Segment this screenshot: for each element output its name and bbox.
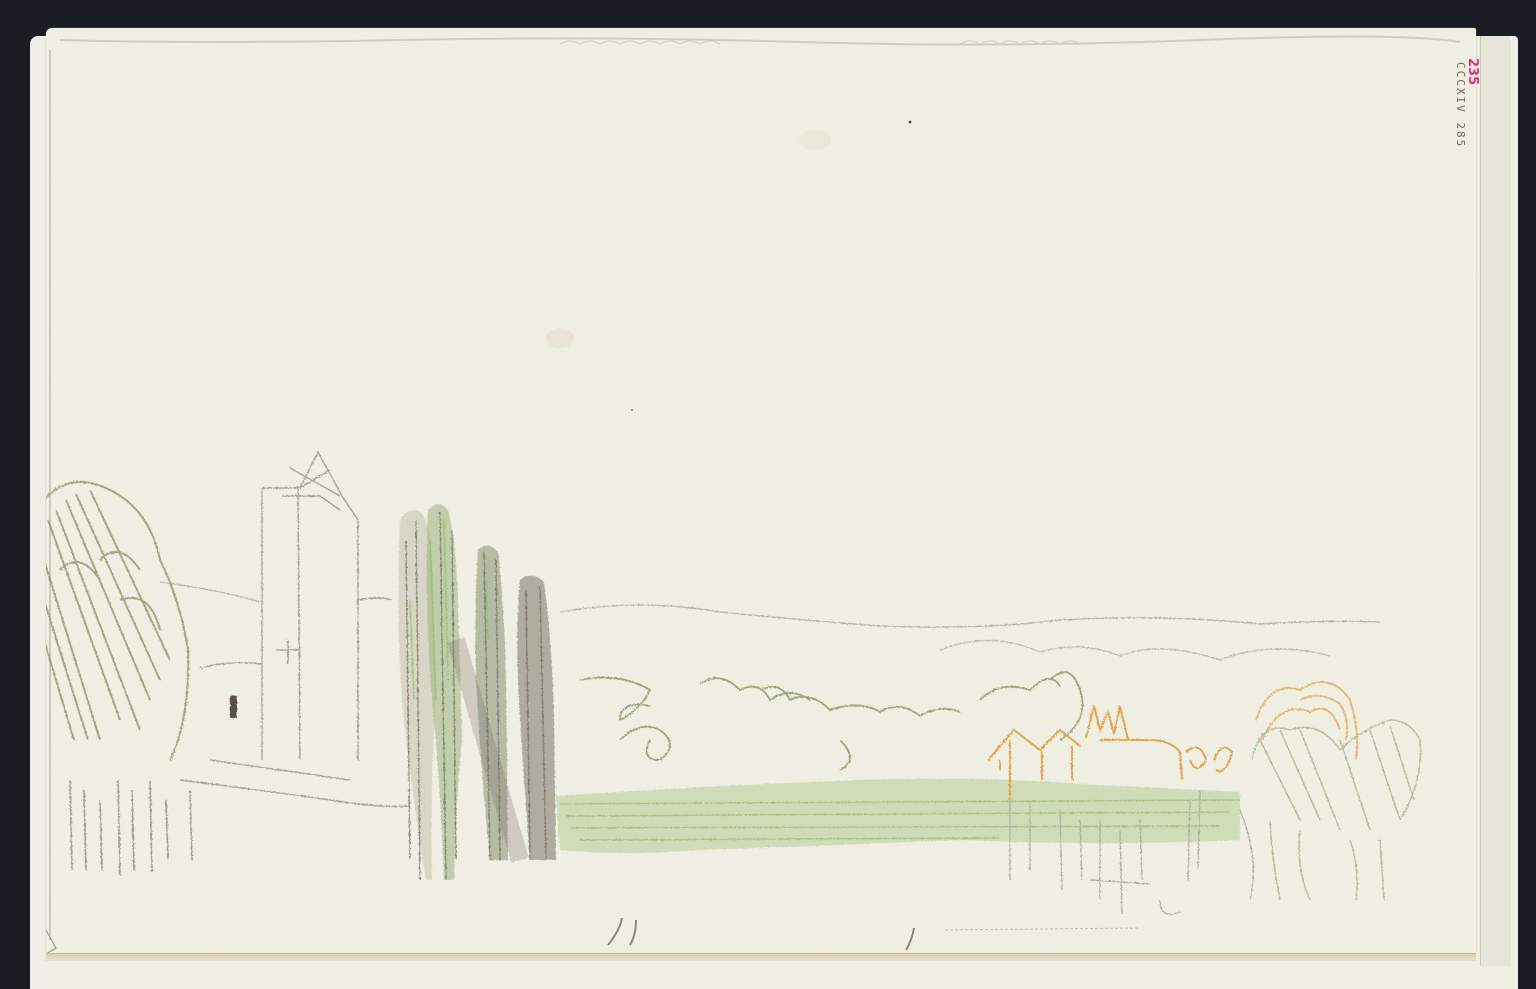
landscape-drawing [46, 28, 1476, 953]
lower-page [30, 961, 1480, 989]
green-meadow [556, 779, 1240, 853]
folio-number: 235 [1465, 58, 1480, 85]
page-stack-edge [1480, 36, 1511, 966]
tower-doorway [230, 696, 237, 718]
sketch-page [46, 28, 1476, 953]
sketchbook-scan: CCCXIV 285 235 [0, 0, 1536, 989]
